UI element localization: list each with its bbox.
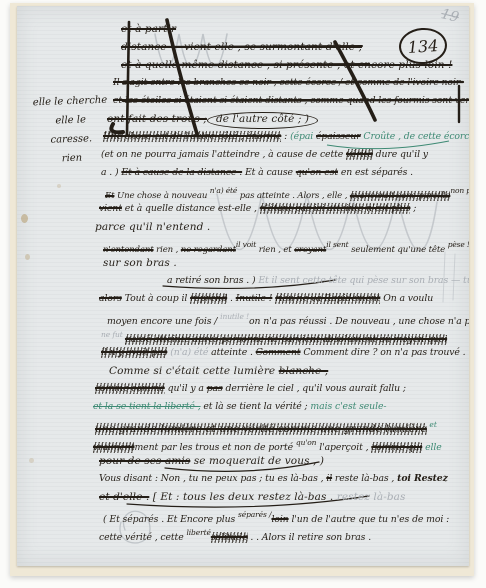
text-segment: derrière le ciel , qu'il vous aurait fal…	[223, 383, 406, 394]
text-segment: mais c'est seule-	[310, 401, 386, 412]
text-segment: l'aperçoit ,	[316, 442, 371, 453]
text-segment: non plus ...	[450, 186, 469, 195]
text-segment: rien ne va Rapidement	[275, 293, 380, 304]
manuscript-line: Il s'agit entre les branches ce noir , c…	[113, 74, 469, 92]
manuscript-line: cette vérité , cette libertésolitude . .…	[99, 524, 469, 542]
text-segment: distance — vient elle , se surmontant d'…	[121, 41, 362, 53]
manuscript-line: vient et à quelle distance est-elle , n'…	[99, 200, 469, 218]
text-segment: inutile !	[220, 312, 249, 321]
manuscript-line: sur son bras .	[103, 254, 469, 272]
text-segment: comme qui	[371, 442, 422, 453]
text-segment: ne regardant	[181, 245, 236, 255]
manuscript-line: il n'y avait pas (n'a) été atteinte . Co…	[101, 344, 469, 362]
text-segment: cette vérité , cette	[99, 532, 186, 543]
text-segment: seulement qu'une tête	[348, 245, 447, 255]
manuscript-line: pour de ses amis se moquerait de vous , …	[99, 452, 469, 470]
text-segment: (n'a) été	[170, 347, 208, 358]
manuscript-line: ( Et séparés . Et Encore plus séparés /l…	[103, 506, 469, 524]
manuscript-line: Comme si c'était cette lumière blanche ,	[109, 362, 469, 380]
text-segment: en est séparés .	[338, 167, 413, 178]
text-segment: ne fut	[101, 330, 125, 339]
manuscript-paper: 19 134 elle le chercheelle lecaresse.rie…	[17, 6, 469, 566]
manuscript-line: alors Tout à coup il reprend . Inutile !…	[99, 290, 469, 308]
text-segment: restez là-bas	[333, 491, 405, 503]
photo-backdrop: { "colors":{ "ink":"#241e17", "green":"#…	[0, 0, 486, 588]
text-segment: Et il sent cette tête qui pèse sur son b…	[255, 275, 469, 286]
text-segment: solitude	[211, 532, 248, 543]
text-segment: n'étant pas ici atteinte n'est plus	[260, 203, 411, 214]
text-segment: Vous disant : Non , tu ne peux pas ; tu …	[99, 473, 326, 484]
text-segment: de l'autre côté ; )	[207, 112, 318, 129]
text-segment: qu'on est	[296, 167, 338, 178]
manuscript-line: ne fut passé atteinte après personne ne …	[101, 326, 469, 344]
text-segment: Croûte , de cette écorce	[361, 131, 469, 142]
text-segment: a retiré son bras . )	[167, 275, 255, 286]
manuscript-line: une grande lumière et une vérité comme u…	[95, 416, 469, 434]
text-segment: alors	[99, 293, 122, 304]
text-segment: . . Alors il retire son bras .	[248, 532, 372, 543]
text-segment: dure qu'il y	[373, 149, 428, 160]
text-segment: blanche ,	[279, 365, 329, 377]
text-segment: et là se tient la vérité ;	[201, 401, 311, 412]
manuscript-body: et à partirdistance — vient elle , se su…	[17, 20, 469, 542]
text-segment: ;	[410, 203, 416, 214]
text-segment: (épai	[290, 131, 316, 142]
text-segment: vérité	[346, 149, 373, 160]
manuscript-line: Et Une chose à nouveau n'a) été pas atte…	[105, 182, 469, 200]
text-segment: épaisseur	[316, 131, 361, 142]
text-segment: [ Et : tous les deux restez là-bas .	[149, 491, 333, 503]
manuscript-line: et à partir	[121, 20, 469, 38]
text-segment: Inutile !	[236, 293, 273, 304]
manuscript-line: a . ) Et à cause de la distance . Et à c…	[101, 164, 469, 182]
manuscript-line: comme comme qu'il y a pas derrière le ci…	[95, 380, 469, 398]
text-segment: et	[427, 420, 437, 429]
manuscript-line: Vous disant : Non , tu ne peux pas ; tu …	[99, 470, 469, 488]
text-segment: sur son bras .	[103, 257, 177, 269]
text-segment: ont fait des trous ;	[107, 113, 207, 125]
text-segment: croyant	[294, 245, 326, 255]
text-segment: pas	[207, 383, 223, 394]
manuscript-line: vraimentment par les trous et non de por…	[93, 434, 469, 452]
text-segment: rien , et	[256, 245, 294, 255]
text-segment: Comme si c'était cette lumière	[109, 365, 279, 377]
text-segment: Et à cause	[242, 167, 296, 178]
manuscript-line: n'entendant rien , ne regardantil voit r…	[103, 236, 469, 254]
text-segment: et la se tient la liberté ,	[93, 401, 201, 412]
text-segment: se moquerait de vous , )	[190, 455, 324, 467]
text-segment: et à partir	[121, 23, 176, 35]
text-segment: (et on ne pourra jamais l'atteindre , à …	[101, 149, 346, 160]
manuscript-line: Une chose est de l'autre côté , énorme :…	[103, 128, 469, 146]
text-segment: toi Restez	[397, 473, 448, 484]
text-segment: pour de ses amis	[99, 455, 190, 467]
text-segment: parce qu'il n'entend .	[95, 221, 210, 233]
manuscript-line: et à quelle même distance , si présente …	[121, 56, 469, 74]
text-segment: Une chose est de l'autre côté , énorme	[103, 131, 281, 142]
text-segment: qu'on	[296, 438, 317, 447]
text-segment: liberté	[186, 528, 210, 537]
text-segment: Il s'agit entre les branches ce noir , c…	[113, 77, 460, 88]
manuscript-line: distance — vient elle , se surmontant d'…	[121, 38, 469, 56]
text-segment: pèse !	[448, 240, 469, 249]
text-segment: On a voulu	[380, 293, 433, 304]
manuscript-line: et d'elle . [ Et : tous les deux restez …	[99, 488, 469, 506]
text-segment: a . )	[101, 167, 121, 178]
manuscript-line: a retiré son bras . ) Et il sent cette t…	[167, 272, 469, 290]
text-segment: Et à cause de la distance .	[121, 167, 242, 178]
text-segment: il voit	[236, 240, 256, 249]
text-segment: reste là-bas ,	[332, 473, 397, 484]
text-segment: Tout à coup il	[122, 293, 190, 304]
text-segment: vient	[99, 203, 122, 214]
text-segment: il sent	[326, 240, 348, 249]
manuscript-line: (et on ne pourra jamais l'atteindre , à …	[101, 146, 469, 164]
text-segment: qu'il y a	[165, 383, 207, 394]
text-segment: .	[227, 293, 236, 304]
text-segment: Comment	[256, 347, 301, 358]
text-segment: et d'elle .	[99, 491, 149, 503]
manuscript-line: ont fait des trous ; de l'autre côté ; )	[107, 110, 469, 128]
manuscript-line: parce qu'il n'entend .	[95, 218, 469, 236]
manuscript-line: et la se tient la liberté , et là se tie…	[93, 398, 469, 416]
text-segment: séparés /	[238, 510, 271, 519]
text-segment: atteinte .	[208, 347, 255, 358]
manuscript-line: moyen encore une fois / inutile !on n'a …	[107, 308, 469, 326]
text-segment: n'a) été	[210, 186, 237, 195]
text-segment: reprend	[190, 293, 227, 304]
text-segment: et à quelle distance est-elle ,	[122, 203, 260, 214]
text-segment: elle	[422, 442, 441, 453]
text-segment: et à quelle même distance , si présente …	[121, 59, 452, 71]
text-segment: comme comme	[95, 383, 165, 394]
text-segment: et les étoiles si étaient si étaient dis…	[113, 95, 469, 106]
text-segment: il n'y avait pas	[101, 347, 167, 358]
manuscript-line: et les étoiles si étaient si étaient dis…	[113, 92, 469, 110]
text-segment: Comment dire ? on n'a pas trouvé .	[301, 347, 466, 358]
text-segment: :	[281, 131, 290, 142]
